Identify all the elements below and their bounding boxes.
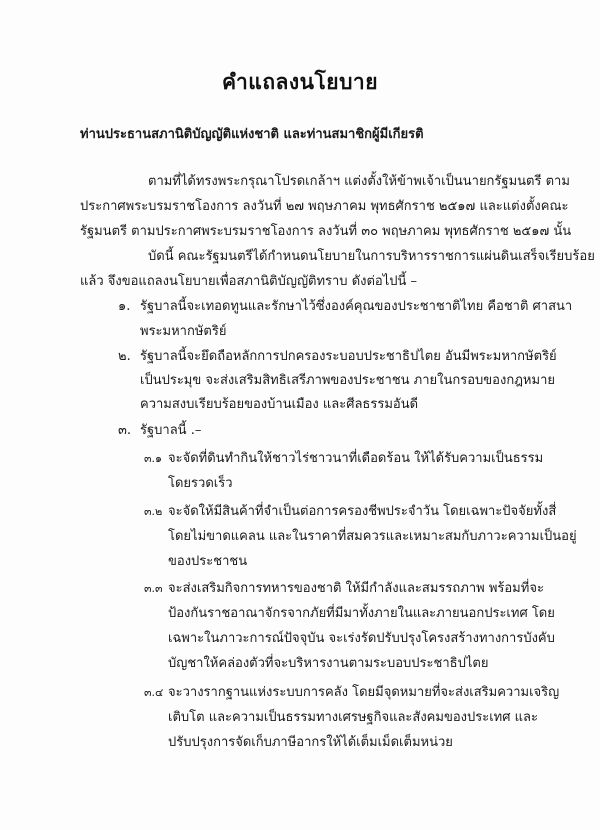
item-2-line-2: เป็นประมุข จะส่งเสริมสิทธิเสรีภาพของประช… (140, 372, 555, 390)
item-2-line-3: ความสงบเรียบร้อยของบ้านเมือง และศีลธรรมอ… (140, 396, 418, 414)
subitem-3-3-line-4: บัญชาให้คล่องตัวที่จะบริหารงานตามระบอบปร… (168, 655, 488, 673)
subitem-3-1-number: ๓.๑ (144, 450, 162, 468)
document-page: คำแถลงนโยบาย ท่านประธานสภานิติบัญญัติแห่… (0, 0, 600, 830)
item-3-line-1: รัฐบาลนี้ .– (140, 422, 201, 440)
subitem-3-2-line-3: ของประชาชน (168, 553, 247, 571)
subitem-3-4-line-2: เติบโต และความเป็นธรรมทางเศรษฐกิจและสังค… (168, 709, 538, 727)
subitem-3-2-line-2: โดยไม่ขาดแคลน และในราคาที่สมควรและเหมาะส… (168, 528, 577, 546)
para2-line-1: บัดนี้ คณะรัฐมนตรีได้กำหนดนโยบายในการบริ… (148, 248, 595, 266)
intro-line-3: รัฐมนตรี ตามประกาศพระบรมราชโองการ ลงวันท… (80, 223, 550, 241)
subitem-3-3-number: ๓.๓ (144, 580, 163, 598)
subitem-3-1-line-1: จะจัดที่ดินทำกินให้ชาวไร่ชาวนาที่เดือดร้… (168, 450, 543, 468)
subitem-3-3-line-1: จะส่งเสริมกิจการทหารของชาติ ให้มีกำลังแล… (168, 580, 544, 598)
document-title: คำแถลงนโยบาย (0, 66, 600, 99)
intro-line-2: ประกาศพระบรมราชโองการ ลงวันที่ ๒๗ พฤษภาค… (80, 198, 550, 216)
item-1-line-1: รัฐบาลนี้จะเทอดทูนและรักษาไว้ซึ่งองค์คุณ… (140, 298, 572, 316)
item-2-line-1: รัฐบาลนี้จะยึดถือหลักการปกครองระบอบประชา… (140, 348, 557, 366)
subitem-3-4-number: ๓.๔ (144, 684, 163, 702)
subitem-3-4-line-3: ปรับปรุงการจัดเก็บภาษีอากรให้ได้เต็มเม็ด… (168, 734, 453, 752)
item-3-number: ๓. (118, 422, 131, 440)
item-1-line-2: พระมหากษัตริย์ (140, 323, 226, 341)
subitem-3-3-line-3: เฉพาะในภาวะการณ์ปัจจุบัน จะเร่งรัดปรับปร… (168, 630, 555, 648)
subitem-3-2-line-1: จะจัดให้มีสินค้าที่จำเป็นต่อการครองชีพปร… (168, 503, 556, 521)
para2-line-2: แล้ว จึงขอแถลงนโยบายเพื่อสภานิติบัญญัติท… (80, 273, 417, 291)
subitem-3-1-line-2: โดยรวดเร็ว (168, 475, 233, 493)
item-2-number: ๒. (118, 348, 131, 366)
subitem-3-4-line-1: จะวางรากฐานแห่งระบบการคลัง โดยมีจุดหมายท… (168, 684, 559, 702)
subitem-3-3-line-2: ป้องกันราชอาณาจักรจากภัยที่มีมาทั้งภายใน… (168, 605, 555, 623)
salutation: ท่านประธานสภานิติบัญญัติแห่งชาติ และท่าน… (80, 126, 424, 144)
subitem-3-2-number: ๓.๒ (144, 503, 162, 521)
item-1-number: ๑. (118, 298, 130, 316)
intro-line-1: ตามที่ได้ทรงพระกรุณาโปรดเกล้าฯ แต่งตั้งใ… (148, 173, 548, 191)
